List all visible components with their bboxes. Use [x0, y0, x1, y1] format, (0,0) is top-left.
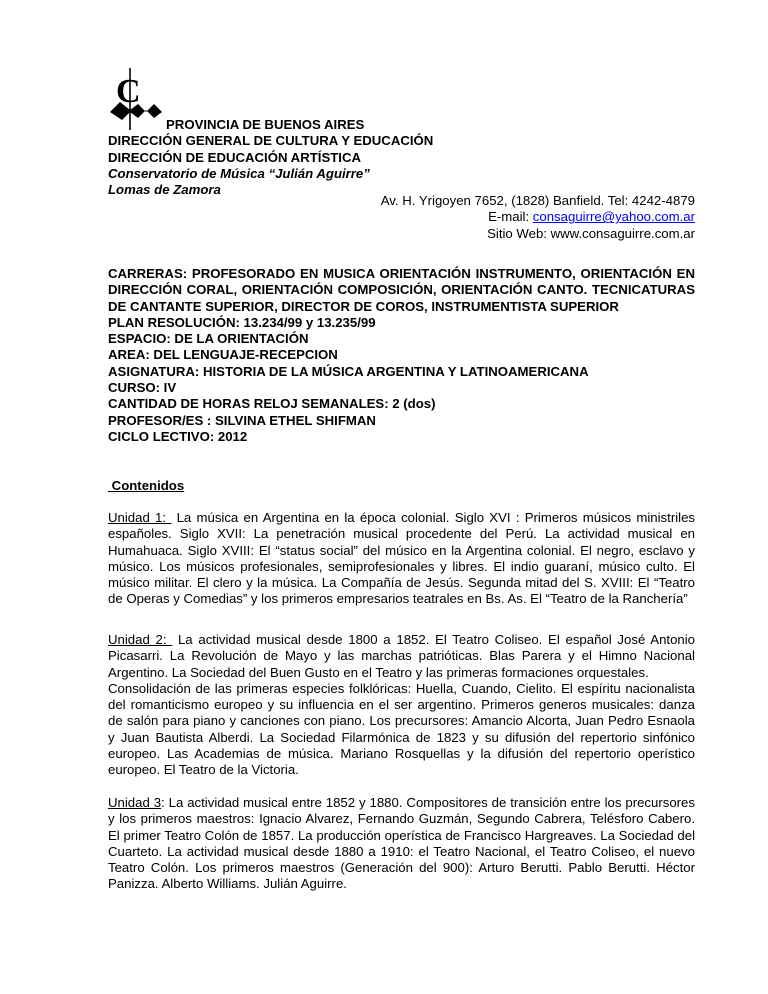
ciclo-lectivo: CICLO LECTIVO: 2012: [108, 429, 695, 445]
unit-1: Unidad 1: La música en Argentina en la é…: [108, 510, 695, 608]
asignatura: ASIGNATURA: HISTORIA DE LA MÚSICA ARGENT…: [108, 364, 695, 380]
address: Av. H. Yrigoyen 7652, (1828) Banfield. T…: [330, 193, 695, 209]
province-name: PROVINCIA DE BUENOS AIRES: [108, 117, 708, 133]
unit-paragraph: Consolidación de las primeras especies f…: [108, 681, 695, 779]
unit-paragraph: Unidad 2: La actividad musical desde 180…: [108, 632, 695, 681]
curso: CURSO: IV: [108, 380, 695, 396]
horas: CANTIDAD DE HORAS RELOJ SEMANALES: 2 (do…: [108, 396, 695, 412]
unit-text: La actividad musical desde 1800 a 1852. …: [108, 632, 695, 680]
plan-resolucion: PLAN RESOLUCIÓN: 13.234/99 y 13.235/99: [108, 315, 695, 331]
area: AREA: DEL LENGUAJE-RECEPCION: [108, 347, 695, 363]
espacio: ESPACIO: DE LA ORIENTACIÓN: [108, 331, 695, 347]
unit-text: La música en Argentina en la época colon…: [108, 510, 695, 606]
profesor: PROFESOR/ES : SILVINA ETHEL SHIFMAN: [108, 413, 695, 429]
institution-header: PROVINCIA DE BUENOS AIRES DIRECCIÓN GENE…: [108, 117, 708, 198]
unit-label: Unidad 2:: [108, 632, 172, 647]
course-info: CARRERAS: PROFESORADO EN MUSICA ORIENTAC…: [108, 266, 695, 445]
unit-3: Unidad 3: La actividad musical entre 185…: [108, 795, 695, 893]
institution-name: Conservatorio de Música “Julián Aguirre”: [108, 166, 708, 182]
contact-info: Av. H. Yrigoyen 7652, (1828) Banfield. T…: [330, 193, 695, 242]
email-link[interactable]: consaguirre@yahoo.com.ar: [533, 209, 695, 224]
unit-text: : La actividad musical entre 1852 y 1880…: [108, 795, 695, 891]
direction-art: DIRECCIÓN DE EDUCACIÓN ARTÍSTICA: [108, 150, 708, 166]
website: Sitio Web: www.consaguirre.com.ar: [330, 226, 695, 242]
unit-label: Unidad 1:: [108, 510, 171, 525]
email-line: E-mail: consaguirre@yahoo.com.ar: [330, 209, 695, 225]
unit-2: Unidad 2: La actividad musical desde 180…: [108, 632, 695, 779]
carreras: CARRERAS: PROFESORADO EN MUSICA ORIENTAC…: [108, 266, 695, 315]
section-title-contenidos: Contenidos: [108, 478, 184, 494]
unit-paragraph: Unidad 3: La actividad musical entre 185…: [108, 795, 695, 893]
email-label: E-mail:: [488, 209, 533, 224]
unit-label: Unidad 3: [108, 795, 161, 810]
unit-paragraph: Unidad 1: La música en Argentina en la é…: [108, 510, 695, 608]
direction-general: DIRECCIÓN GENERAL DE CULTURA Y EDUCACIÓN: [108, 133, 708, 149]
